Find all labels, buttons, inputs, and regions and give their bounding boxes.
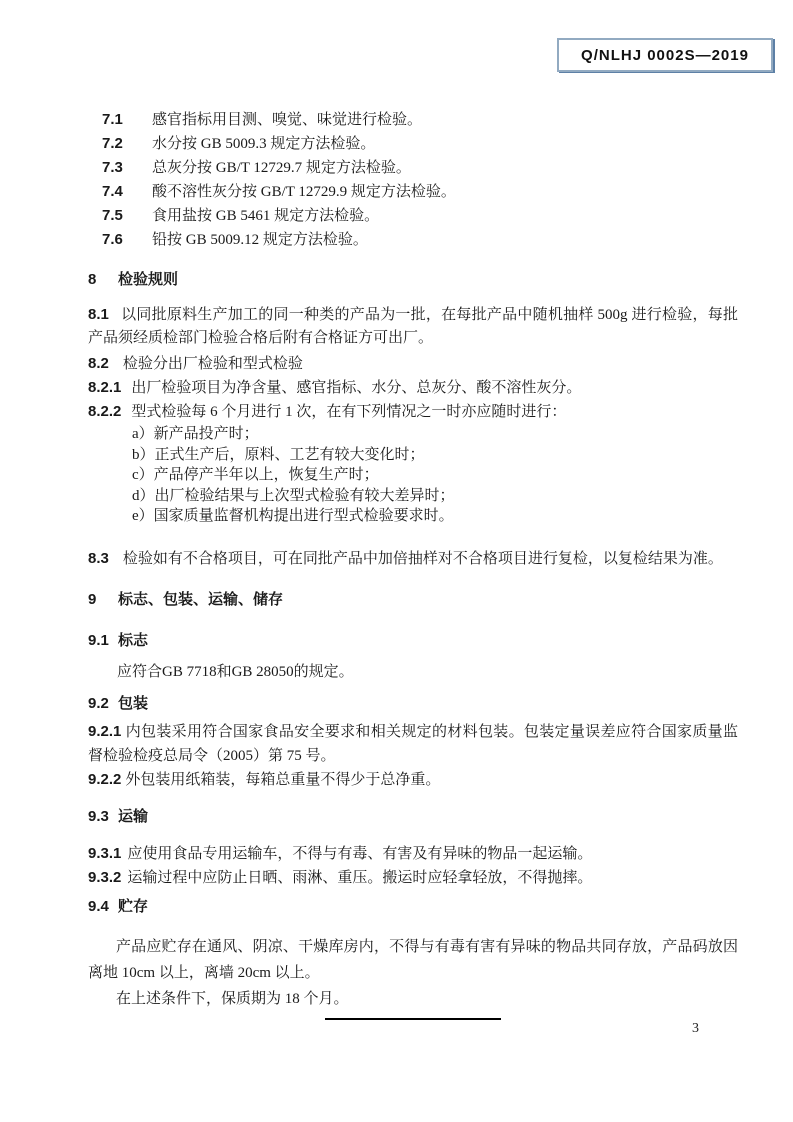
list-item: c）产品停产半年以上，恢复生产时； [132,465,738,486]
clause-number: 8.2 [88,355,109,372]
list-item: d）出厂检验结果与上次型式检验有较大差异时； [132,486,738,507]
clause-9-2-1: 9.2.1内包装采用符合国家食品安全要求和相关规定的材料包装。包装定量误差应符合… [88,720,738,768]
heading-number: 8 [88,268,118,291]
clause-number: 9.3.2 [88,869,121,886]
subsection-9-3-heading: 9.3运输 [88,805,738,828]
clause-number: 9.3.1 [88,845,121,862]
type-inspection-condition-list: a）新产品投产时； b）正式生产后，原料、工艺有较大变化时； c）产品停产半年以… [132,424,738,527]
clause-number: 7.5 [102,204,152,227]
subsection-9-1-heading: 9.1标志 [88,629,738,652]
heading-number: 9.3 [88,805,118,828]
document-body: 7.1感官指标用目测、嗅觉、味觉进行检验。 7.2水分按 GB 5009.3 规… [88,108,738,1012]
clause-number: 8.1 [88,306,109,323]
section-8-heading: 8检验规则 [88,268,738,291]
clause-text: 铅按 GB 5009.12 规定方法检验。 [152,232,368,248]
clause-7-2: 7.2水分按 GB 5009.3 规定方法检验。 [88,132,738,156]
clause-number: 7.6 [102,228,152,251]
heading-number: 9 [88,588,118,611]
clause-text: 内包装采用符合国家食品安全要求和相关规定的材料包装。包装定量误差应符合国家质量监… [88,724,738,764]
heading-title: 包装 [118,695,148,712]
clause-text: 检验如有不合格项目，可在同批产品中加倍抽样对不合格项目进行复检，以复检结果为准。 [123,551,723,567]
clause-number: 8.2.1 [88,379,121,396]
heading-number: 9.1 [88,629,118,652]
heading-title: 标志、包装、运输、储存 [118,591,283,608]
standard-code-box: Q/NLHJ 0002S—2019 [557,38,773,72]
clause-8-2-1: 8.2.1出厂检验项目为净含量、感官指标、水分、总灰分、酸不溶性灰分。 [88,376,738,400]
clause-number: 9.2.1 [88,723,121,740]
section-9-heading: 9标志、包装、运输、储存 [88,588,738,611]
heading-title: 检验规则 [118,271,178,288]
clause-text: 水分按 GB 5009.3 规定方法检验。 [152,136,375,152]
clause-number: 7.1 [102,108,152,131]
clause-text: 运输过程中应防止日晒、雨淋、重压。搬运时应轻拿轻放，不得抛摔。 [127,870,592,886]
clause-text: 应使用食品专用运输车，不得与有毒、有害及有异味的物品一起运输。 [127,846,592,862]
clause-9-2-2: 9.2.2外包装用纸箱装，每箱总重量不得少于总净重。 [88,768,738,792]
subsection-9-4-heading: 9.4贮存 [88,895,738,918]
list-item: b）正式生产后，原料、工艺有较大变化时； [132,445,738,466]
clause-7-5: 7.5食用盐按 GB 5461 规定方法检验。 [88,204,738,228]
list-item: e）国家质量监督机构提出进行型式检验要求时。 [132,506,738,527]
clause-text: 感官指标用目测、嗅觉、味觉进行检验。 [152,112,422,128]
heading-number: 9.2 [88,692,118,715]
clause-text: 总灰分按 GB/T 12729.7 规定方法检验。 [152,160,411,176]
clause-7-4: 7.4酸不溶性灰分按 GB/T 12729.9 规定方法检验。 [88,180,738,204]
footer-separator-line [325,1018,501,1020]
clause-text: 型式检验每 6 个月进行 1 次，在有下列情况之一时亦应随时进行： [131,404,566,420]
clause-text: 出厂检验项目为净含量、感官指标、水分、总灰分、酸不溶性灰分。 [131,380,581,396]
heading-title: 运输 [118,808,148,825]
heading-number: 9.4 [88,895,118,918]
clause-8-3: 8.3检验如有不合格项目，可在同批产品中加倍抽样对不合格项目进行复检，以复检结果… [88,547,738,571]
clause-9-3-1: 9.3.1应使用食品专用运输车，不得与有毒、有害及有异味的物品一起运输。 [88,842,738,866]
clause-number: 8.2.2 [88,403,121,420]
standard-code-text: Q/NLHJ 0002S—2019 [581,47,749,64]
paragraph-9-4-shelf-life: 在上述条件下，保质期为 18 个月。 [88,986,738,1012]
clause-8-1: 8.1以同批原料生产加工的同一种类的产品为一批，在每批产品中随机抽样 500g … [88,303,738,350]
clause-number: 7.2 [102,132,152,155]
clause-text: 以同批原料生产加工的同一种类的产品为一批，在每批产品中随机抽样 500g 进行检… [88,307,738,346]
clause-7-3: 7.3总灰分按 GB/T 12729.7 规定方法检验。 [88,156,738,180]
clause-text: 检验分出厂检验和型式检验 [123,356,303,372]
subsection-9-2-heading: 9.2包装 [88,692,738,715]
clause-number: 7.4 [102,180,152,203]
document-page: Q/NLHJ 0002S—2019 7.1感官指标用目测、嗅觉、味觉进行检验。 … [0,0,793,1122]
list-item: a）新产品投产时； [132,424,738,445]
clause-text: 食用盐按 GB 5461 规定方法检验。 [152,208,379,224]
clause-8-2: 8.2检验分出厂检验和型式检验 [88,352,738,376]
heading-title: 标志 [118,632,148,649]
clause-number: 7.3 [102,156,152,179]
clause-7-1: 7.1感官指标用目测、嗅觉、味觉进行检验。 [88,108,738,132]
paragraph-9-1: 应符合GB 7718和GB 28050的规定。 [88,661,738,684]
clause-9-3-2: 9.3.2运输过程中应防止日晒、雨淋、重压。搬运时应轻拿轻放，不得抛摔。 [88,866,738,890]
paragraph-9-4-storage: 产品应贮存在通风、阴凉、干燥库房内，不得与有毒有害有异味的物品共同存放，产品码放… [88,934,738,986]
clause-8-2-2: 8.2.2型式检验每 6 个月进行 1 次，在有下列情况之一时亦应随时进行： [88,400,738,424]
page-number: 3 [692,1021,699,1037]
clause-7-6: 7.6铅按 GB 5009.12 规定方法检验。 [88,228,738,252]
clause-text: 外包装用纸箱装，每箱总重量不得少于总净重。 [125,772,440,788]
clause-number: 8.3 [88,550,109,567]
clause-number: 9.2.2 [88,771,121,788]
heading-title: 贮存 [118,898,148,915]
clause-text: 酸不溶性灰分按 GB/T 12729.9 规定方法检验。 [152,184,456,200]
